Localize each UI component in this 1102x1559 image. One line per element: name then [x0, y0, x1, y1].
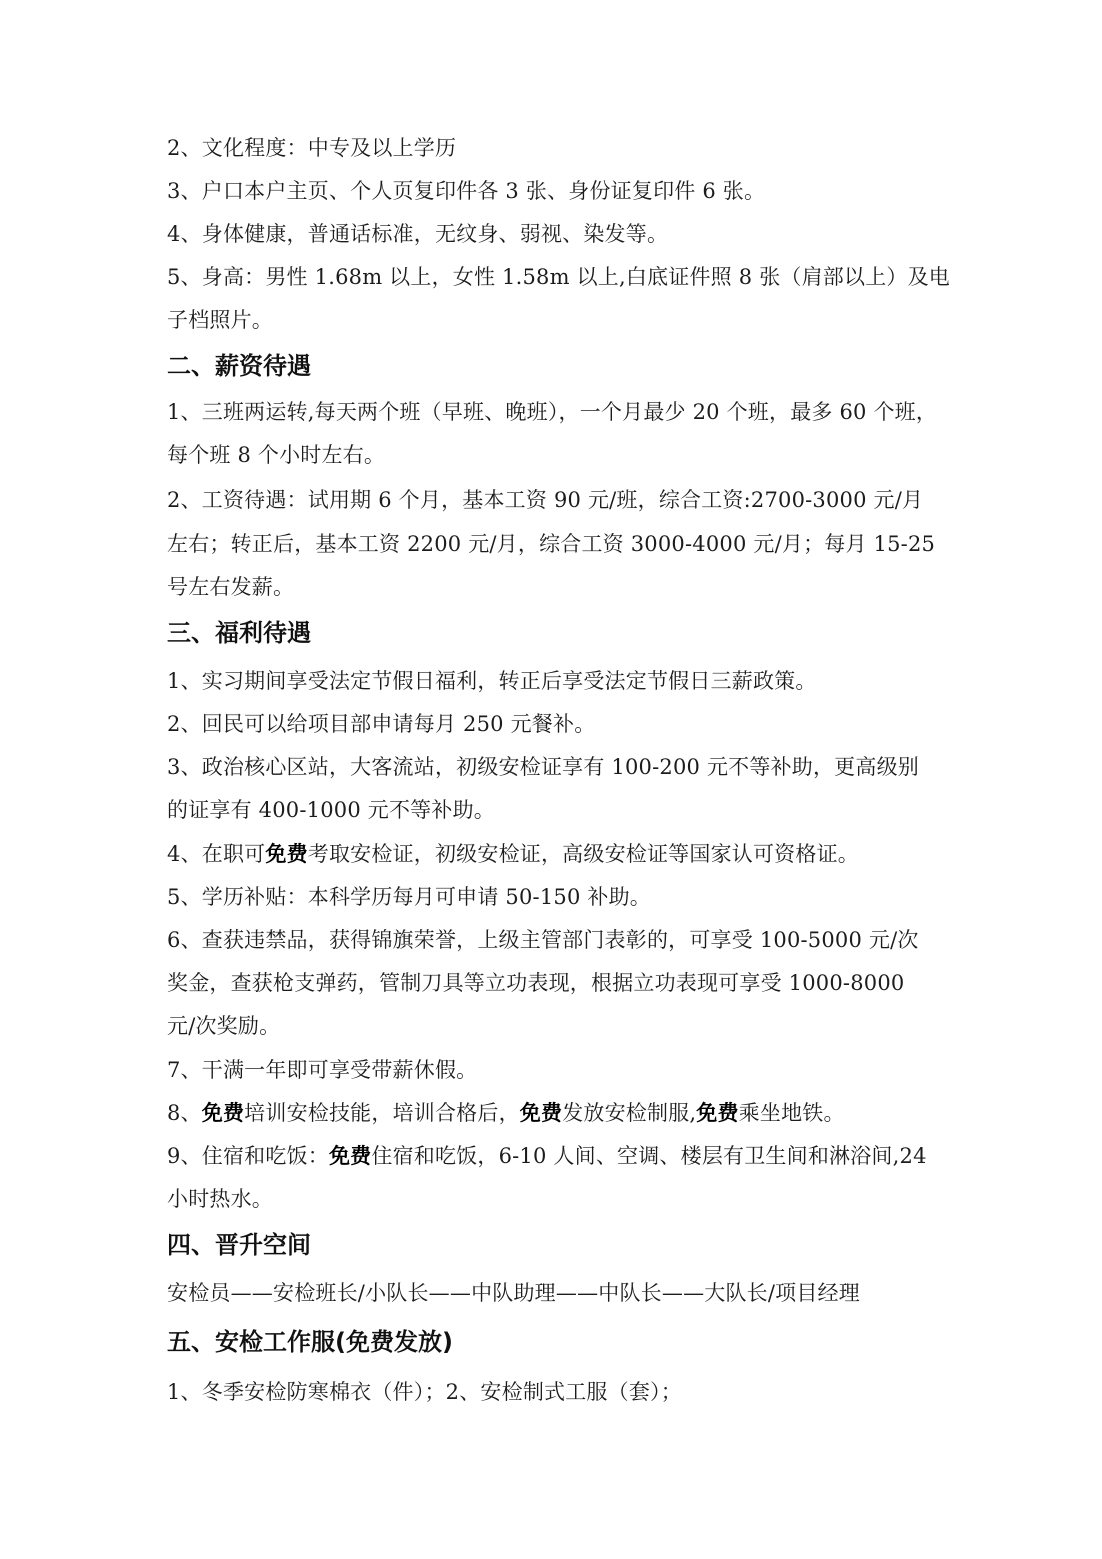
benefit-item4-suffix: 考取安检证，初级安检证，高级安检证等国家认可资格证。 [308, 842, 859, 866]
free-emphasis: 免费 [202, 1101, 244, 1125]
benefit-item9-suffix: 住宿和吃饭，6-10 人间、空调、楼层有卫生间和淋浴间,24 [371, 1144, 926, 1168]
benefit-item3-line1: 3、政治核心区站，大客流站，初级安检证享有 100-200 元不等补助，更高级别 [167, 752, 919, 782]
requirement-height-line1: 5、身高：男性 1.68m 以上，女性 1.58m 以上,白底证件照 8 张（肩… [167, 262, 950, 292]
requirement-health: 4、身体健康，普通话标准，无纹身、弱视、染发等。 [167, 219, 668, 249]
benefit-item5: 5、学历补贴：本科学历每月可申请 50-150 补助。 [167, 882, 651, 912]
benefit-item1: 1、实习期间享受法定节假日福利，转正后享受法定节假日三薪政策。 [167, 666, 817, 696]
benefit-item6-line2: 奖金，查获枪支弹药，管制刀具等立功表现，根据立功表现可享受 1000-8000 [167, 968, 904, 998]
benefit-item8-suffix: 乘坐地铁。 [739, 1101, 845, 1125]
uniform-items: 1、冬季安检防寒棉衣（件）；2、安检制式工服（套）； [167, 1377, 682, 1407]
requirement-documents: 3、户口本户主页、个人页复印件各 3 张、身份证复印件 6 张。 [167, 176, 765, 206]
salary-item2-line1: 2、工资待遇：试用期 6 个月，基本工资 90 元/班，综合工资:2700-30… [167, 485, 923, 515]
requirement-height-line2: 子档照片。 [167, 305, 273, 335]
free-emphasis: 免费 [265, 842, 307, 866]
document-page: 2、文化程度：中专及以上学历 3、户口本户主页、个人页复印件各 3 张、身份证复… [0, 0, 1102, 1559]
benefit-item6-line1: 6、查获违禁品，获得锦旗荣誉，上级主管部门表彰的，可享受 100-5000 元/… [167, 925, 919, 955]
benefit-item3-line2: 的证享有 400-1000 元不等补助。 [167, 795, 495, 825]
section-heading-promotion: 四、晋升空间 [167, 1229, 311, 1261]
section-heading-uniform: 五、安检工作服(免费发放) [167, 1326, 453, 1358]
free-emphasis: 免费 [696, 1101, 738, 1125]
salary-item2-line2: 左右；转正后，基本工资 2200 元/月，综合工资 3000-4000 元/月；… [167, 529, 935, 559]
benefit-item9-prefix: 9、住宿和吃饭： [167, 1144, 329, 1168]
promotion-path: 安检员——安检班长/小队长——中队助理——中队长——大队长/项目经理 [167, 1278, 860, 1308]
free-emphasis: 免费 [520, 1101, 562, 1125]
section-heading-salary: 二、薪资待遇 [167, 350, 311, 382]
requirement-education: 2、文化程度：中专及以上学历 [167, 133, 456, 163]
benefit-item8-mid1: 培训安检技能，培训合格后， [244, 1101, 520, 1125]
benefit-item4: 4、在职可免费考取安检证，初级安检证，高级安检证等国家认可资格证。 [167, 839, 859, 869]
salary-item2-line3: 号左右发薪。 [167, 572, 294, 602]
benefit-item8-prefix: 8、 [167, 1101, 202, 1125]
benefit-item6-line3: 元/次奖励。 [167, 1011, 280, 1041]
benefit-item8-mid2: 发放安检制服, [562, 1101, 696, 1125]
benefit-item4-prefix: 4、在职可 [167, 842, 265, 866]
benefit-item7: 7、干满一年即可享受带薪休假。 [167, 1055, 477, 1085]
benefit-item2: 2、回民可以给项目部申请每月 250 元餐补。 [167, 709, 595, 739]
free-emphasis: 免费 [329, 1144, 371, 1168]
salary-item1-line2: 每个班 8 个小时左右。 [167, 440, 385, 470]
benefit-item8: 8、免费培训安检技能，培训合格后，免费发放安检制服,免费乘坐地铁。 [167, 1098, 845, 1128]
salary-item1-line1: 1、三班两运转,每天两个班（早班、晚班），一个月最少 20 个班，最多 60 个… [167, 397, 937, 427]
benefit-item9-line1: 9、住宿和吃饭：免费住宿和吃饭，6-10 人间、空调、楼层有卫生间和淋浴间,24 [167, 1141, 927, 1171]
section-heading-benefits: 三、福利待遇 [167, 617, 311, 649]
benefit-item9-line2: 小时热水。 [167, 1184, 273, 1214]
